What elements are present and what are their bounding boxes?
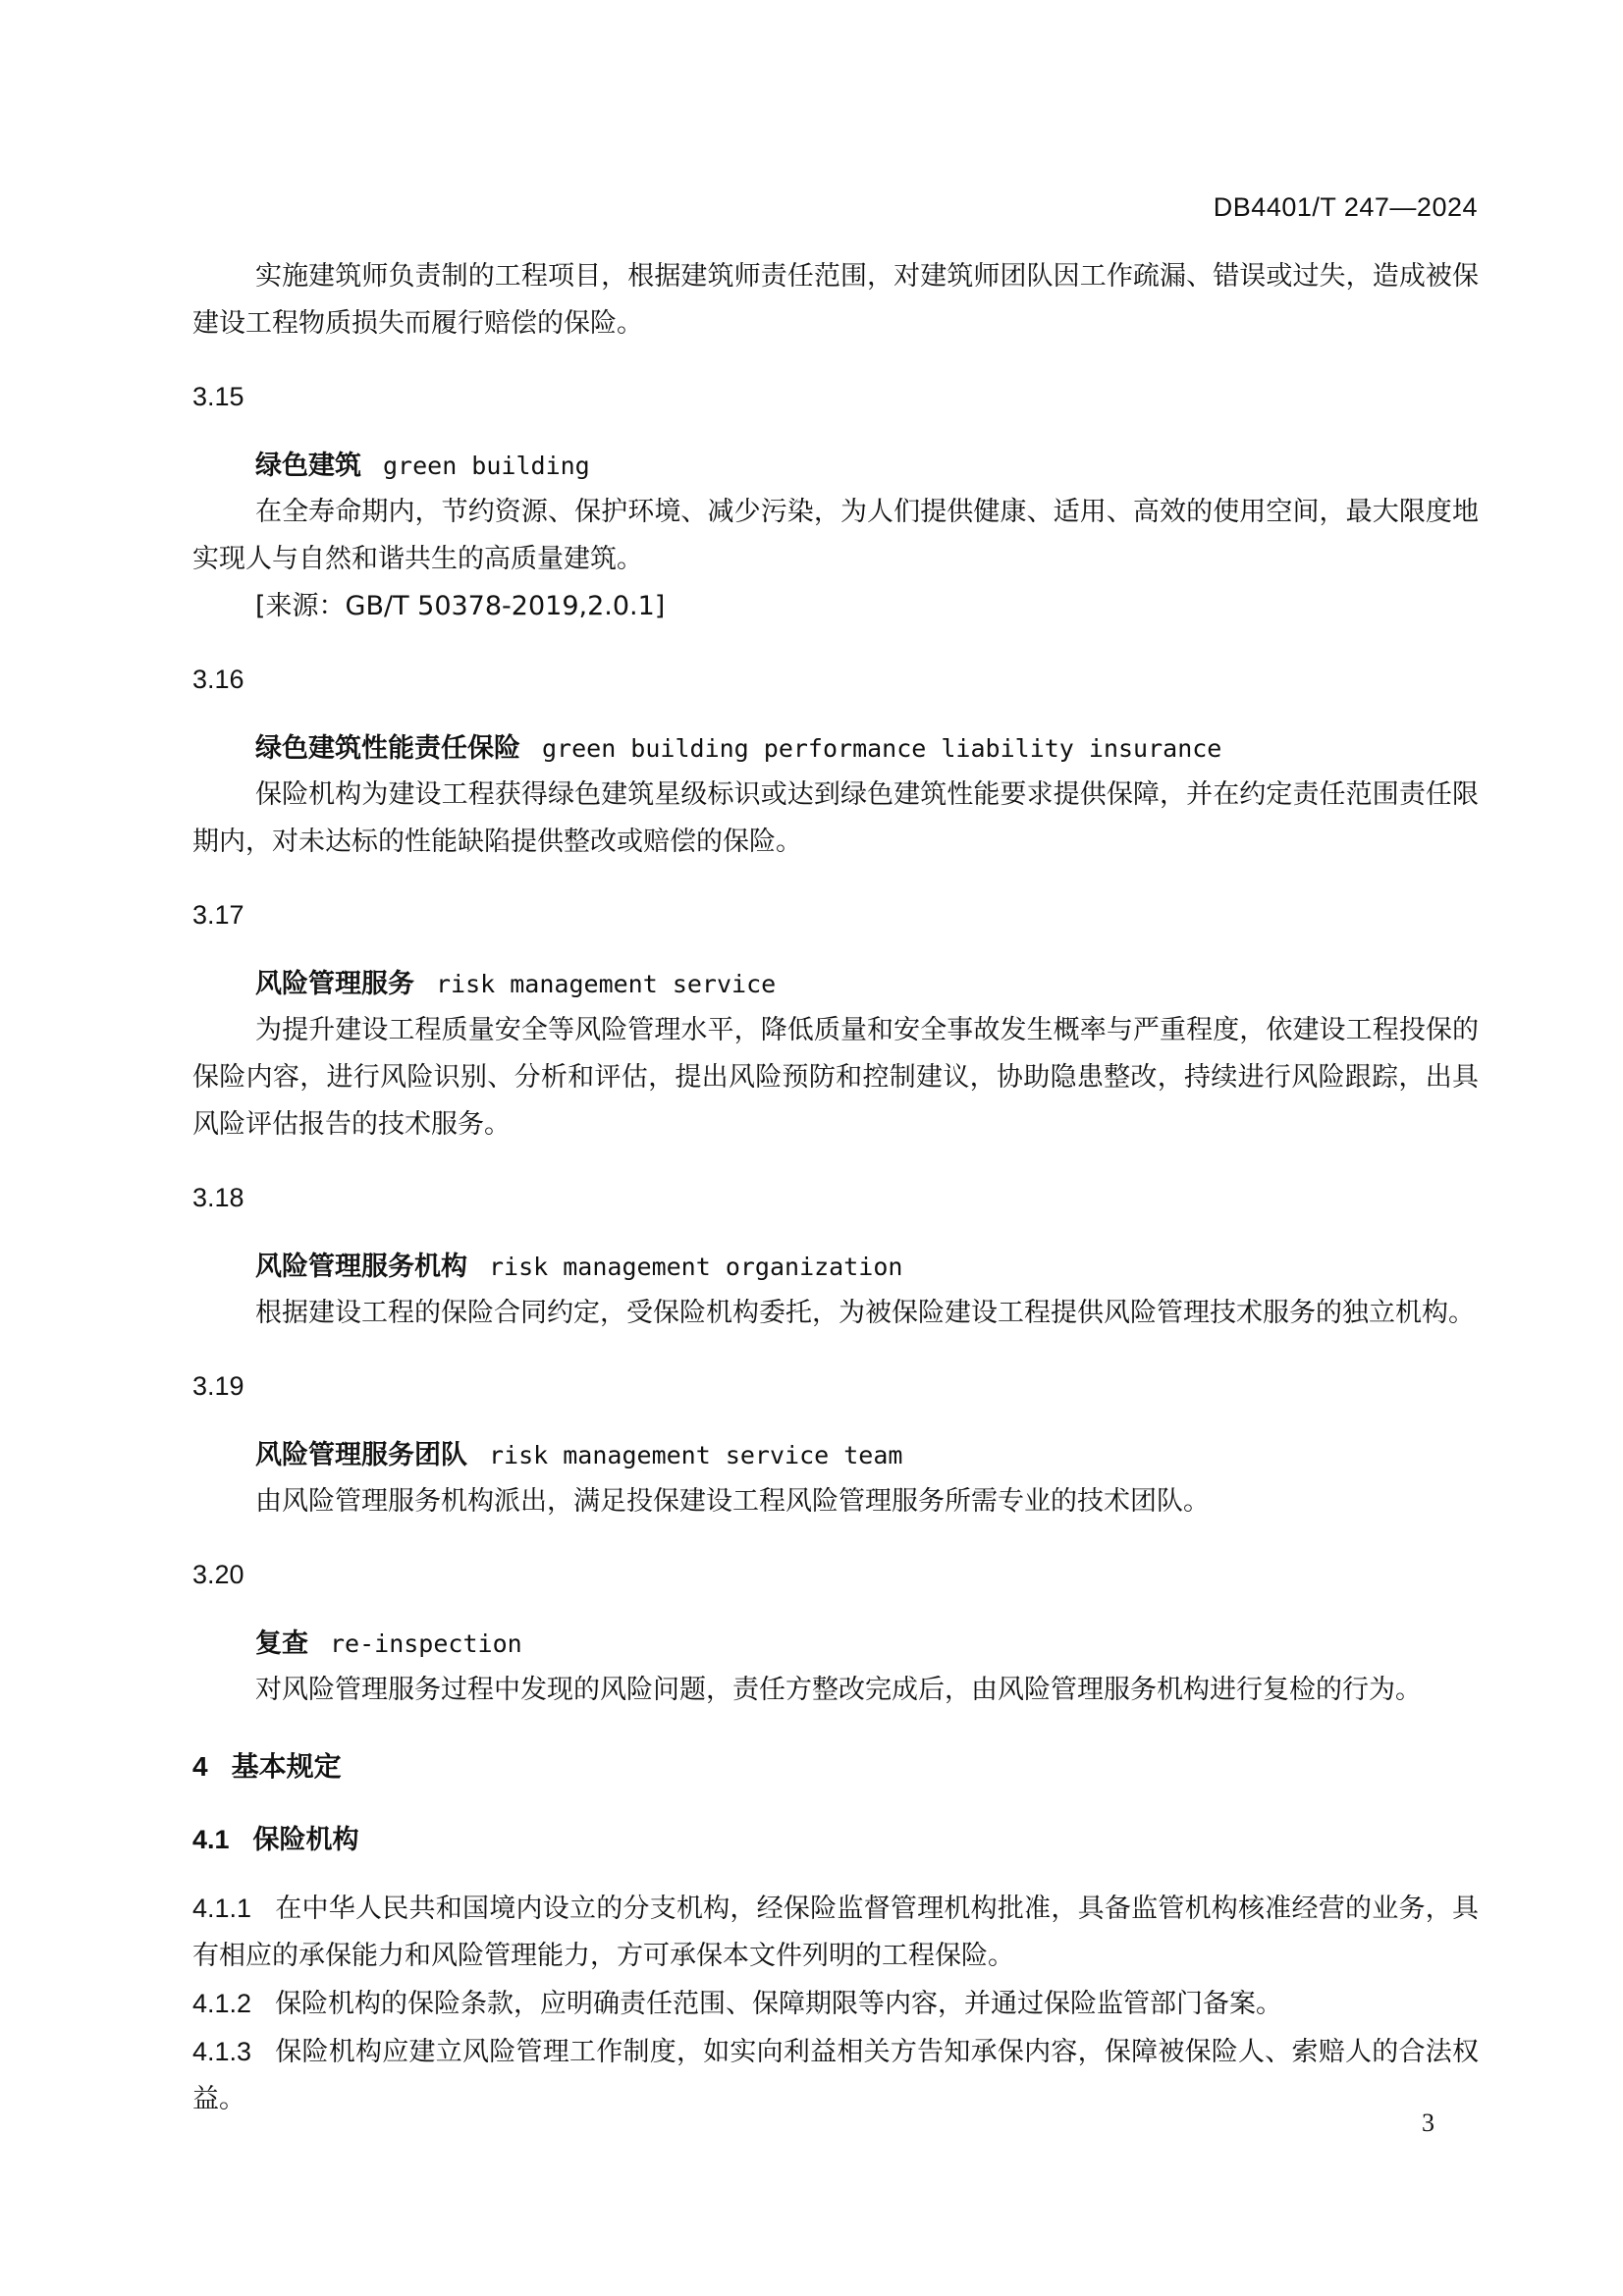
term-en: green building performance liability ins… <box>542 734 1221 763</box>
term-definition: 根据建设工程的保险合同约定，受保险机构委托，为被保险建设工程提供风险管理技术服务… <box>192 1290 1479 1337</box>
term-en: risk management service team <box>489 1441 902 1469</box>
clause: 4.1.1在中华人民共和国境内设立的分支机构，经保险监督管理机构批准，具备监管机… <box>192 1885 1479 1980</box>
clause-number: 4.1.1 <box>192 1894 251 1923</box>
clause-text: 保险机构的保险条款，应明确责任范围、保障期限等内容，并通过保险监管部门备案。 <box>275 1989 1282 2019</box>
term-zh: 风险管理服务机构 <box>255 1252 467 1282</box>
term-zh: 风险管理服务 <box>255 969 414 999</box>
chapter-heading: 4基本规定 <box>192 1745 1479 1789</box>
term-title: 绿色建筑green building <box>192 444 1479 489</box>
term-title: 风险管理服务机构risk management organization <box>192 1245 1479 1290</box>
term-en: risk management service <box>436 970 776 998</box>
term-zh: 风险管理服务团队 <box>255 1440 467 1470</box>
chapter-title: 基本规定 <box>232 1751 342 1782</box>
clause-number: 4.1.3 <box>192 2037 251 2066</box>
term-zh: 绿色建筑性能责任保险 <box>255 733 520 764</box>
term-definition: 为提升建设工程质量安全等风险管理水平，降低质量和安全事故发生概率与严重程度，依建… <box>192 1007 1479 1148</box>
term-zh: 复查 <box>255 1629 308 1659</box>
section-heading: 4.1保险机构 <box>192 1818 1479 1861</box>
term-number: 3.16 <box>192 660 1479 699</box>
clause-number: 4.1.2 <box>192 1989 251 2018</box>
term-definition: 保险机构为建设工程获得绿色建筑星级标识或达到绿色建筑性能要求提供保障，并在约定责… <box>192 772 1479 866</box>
term-title: 绿色建筑性能责任保险green building performance lia… <box>192 726 1479 772</box>
term-number: 3.17 <box>192 895 1479 934</box>
term-number: 3.19 <box>192 1366 1479 1406</box>
term-title: 风险管理服务团队risk management service team <box>192 1433 1479 1478</box>
section-title: 保险机构 <box>253 1825 359 1854</box>
term-en: green building <box>383 452 590 480</box>
term-zh: 绿色建筑 <box>255 451 361 481</box>
section-number: 4.1 <box>192 1825 230 1854</box>
term-title: 风险管理服务risk management service <box>192 962 1479 1007</box>
chapter-number: 4 <box>192 1751 208 1782</box>
term-en: re-inspection <box>330 1629 522 1658</box>
term-en: risk management organization <box>489 1253 902 1281</box>
term-number: 3.20 <box>192 1555 1479 1594</box>
page-number: 3 <box>1422 2109 1434 2138</box>
clause: 4.1.3保险机构应建立风险管理工作制度，如实向利益相关方告知承保内容，保障被保… <box>192 2028 1479 2123</box>
term-source: [来源：GB/T 50378-2019,2.0.1] <box>192 583 1479 630</box>
term-number: 3.15 <box>192 377 1479 416</box>
page-content: 实施建筑师负责制的工程项目，根据建筑师责任范围，对建筑师团队因工作疏漏、错误或过… <box>192 253 1479 2123</box>
clause: 4.1.2保险机构的保险条款，应明确责任范围、保障期限等内容，并通过保险监管部门… <box>192 1980 1479 2028</box>
term-title: 复查re-inspection <box>192 1622 1479 1667</box>
intro-paragraph: 实施建筑师负责制的工程项目，根据建筑师责任范围，对建筑师团队因工作疏漏、错误或过… <box>192 253 1479 347</box>
term-definition: 对风险管理服务过程中发现的风险问题，责任方整改完成后，由风险管理服务机构进行复检… <box>192 1667 1479 1714</box>
clause-text: 保险机构应建立风险管理工作制度，如实向利益相关方告知承保内容，保障被保险人、索赔… <box>192 2037 1479 2114</box>
document-code-header: DB4401/T 247—2024 <box>1214 192 1478 223</box>
term-number: 3.18 <box>192 1178 1479 1217</box>
clause-text: 在中华人民共和国境内设立的分支机构，经保险监督管理机构批准，具备监管机构核准经营… <box>192 1894 1479 1971</box>
term-definition: 由风险管理服务机构派出，满足投保建设工程风险管理服务所需专业的技术团队。 <box>192 1478 1479 1525</box>
term-definition: 在全寿命期内，节约资源、保护环境、减少污染，为人们提供健康、适用、高效的使用空间… <box>192 489 1479 583</box>
